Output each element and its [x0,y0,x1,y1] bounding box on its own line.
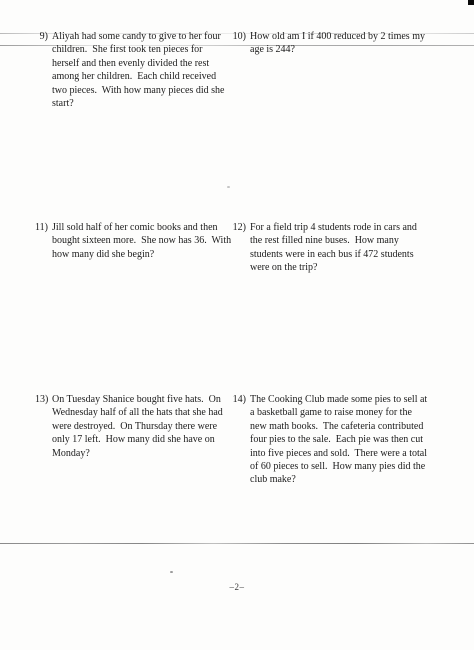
problem-text: On Tuesday Shanice bought five hats. On … [52,393,223,460]
problem-10: 10) How old am I if 400 reduced by 2 tim… [229,30,425,57]
problem-text: The Cooking Club made some pies to sell … [250,393,427,487]
worksheet-page: 9) Aliyah had some candy to give to her … [0,0,474,650]
problem-text: Aliyah had some candy to give to her fou… [52,30,224,110]
scan-speck [227,186,230,188]
problem-text: For a field trip 4 students rode in cars… [250,221,417,275]
scan-rule-line-bottom [0,543,474,544]
problem-number: 11) [35,221,48,234]
scan-corner-artifact [468,0,474,5]
problem-9: 9) Aliyah had some candy to give to her … [35,30,224,110]
problem-text: How old am I if 400 reduced by 2 times m… [250,30,425,57]
problem-13: 13) On Tuesday Shanice bought five hats.… [35,393,223,460]
scan-speck [170,571,173,573]
problem-14: 14) The Cooking Club made some pies to s… [229,393,427,487]
problem-number: 12) [229,221,246,234]
problem-number: 9) [35,30,48,43]
page-number: –2– [0,582,474,592]
problem-12: 12) For a field trip 4 students rode in … [229,221,417,275]
problem-11: 11) Jill sold half of her comic books an… [35,221,231,261]
problem-number: 13) [35,393,48,406]
problem-number: 14) [229,393,246,406]
problem-text: Jill sold half of her comic books and th… [52,221,231,261]
problem-number: 10) [229,30,246,43]
